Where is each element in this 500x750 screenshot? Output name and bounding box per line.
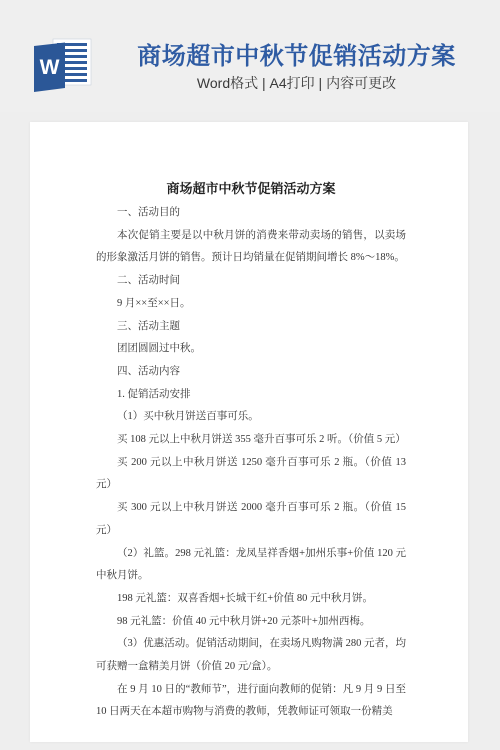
doc-paragraph: 买 200 元以上中秋月饼送 1250 毫升百事可乐 2 瓶。（价值 13 元） bbox=[96, 452, 406, 497]
doc-title: 商场超市中秋节促销活动方案 bbox=[96, 178, 406, 200]
doc-paragraph: 198 元礼篮：双喜香烟+长城干红+价值 80 元中秋月饼。 bbox=[96, 588, 406, 611]
document-page: 商场超市中秋节促销活动方案 一、活动目的 本次促销主要是以中秋月饼的消费来带动卖… bbox=[30, 122, 468, 742]
doc-paragraph: （1）买中秋月饼送百事可乐。 bbox=[96, 406, 406, 429]
word-icon-panel: W bbox=[34, 43, 65, 93]
doc-paragraph: 买 108 元以上中秋月饼送 355 毫升百事可乐 2 听。（价值 5 元） bbox=[96, 429, 406, 452]
template-title: 商场超市中秋节促销活动方案 bbox=[95, 42, 498, 72]
doc-paragraph: 一、活动目的 bbox=[96, 202, 406, 225]
doc-body: 一、活动目的 本次促销主要是以中秋月饼的消费来带动卖场的销售，以卖场的形象激活月… bbox=[96, 202, 406, 724]
word-document-icon: W bbox=[29, 37, 93, 93]
doc-paragraph: 98 元礼篮：价值 40 元中秋月饼+20 元茶叶+加州西梅。 bbox=[96, 611, 406, 634]
doc-paragraph: （2）礼篮。298 元礼篮：龙凤呈祥香烟+加州乐事+价值 120 元中秋月饼。 bbox=[96, 543, 406, 588]
doc-paragraph: 买 300 元以上中秋月饼送 2000 毫升百事可乐 2 瓶。（价值 15 元） bbox=[96, 497, 406, 542]
doc-paragraph: （3）优惠活动。促销活动期间，在卖场凡购物满 280 元者，均可获赠一盒精美月饼… bbox=[96, 633, 406, 678]
doc-paragraph: 1. 促销活动安排 bbox=[96, 384, 406, 407]
doc-paragraph: 在 9 月 10 日的“教师节”，进行面向教师的促销：凡 9 月 9 日至 10… bbox=[96, 679, 406, 724]
doc-paragraph: 9 月××至××日。 bbox=[96, 293, 406, 316]
word-icon-letter: W bbox=[40, 56, 60, 79]
doc-paragraph: 二、活动时间 bbox=[96, 270, 406, 293]
doc-paragraph: 团团圆圆过中秋。 bbox=[96, 338, 406, 361]
screen: { "colors": { "page_background": "#eeeee… bbox=[0, 0, 500, 750]
doc-paragraph: 四、活动内容 bbox=[96, 361, 406, 384]
header-text-block: 商场超市中秋节促销活动方案 Word格式 | A4打印 | 内容可更改 bbox=[95, 0, 498, 93]
doc-paragraph: 三、活动主题 bbox=[96, 316, 406, 339]
header: W 商场超市中秋节促销活动方案 Word格式 | A4打印 | 内容可更改 bbox=[0, 0, 500, 112]
doc-paragraph: 本次促销主要是以中秋月饼的消费来带动卖场的销售，以卖场的形象激活月饼的销售。预计… bbox=[96, 225, 406, 270]
template-meta: Word格式 | A4打印 | 内容可更改 bbox=[95, 74, 498, 93]
